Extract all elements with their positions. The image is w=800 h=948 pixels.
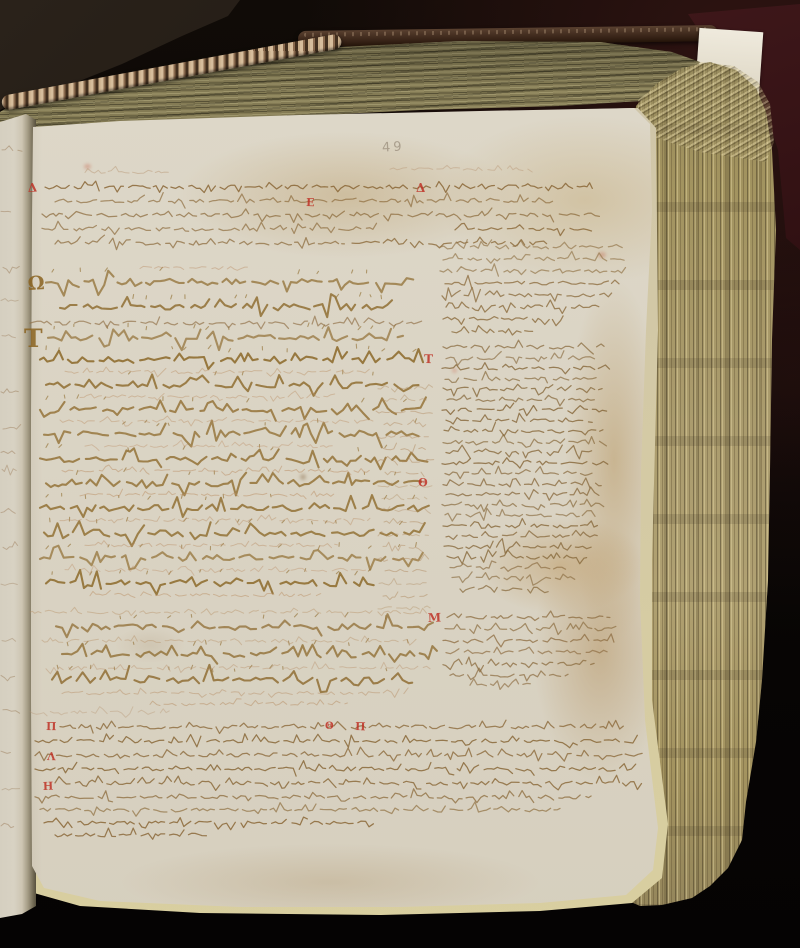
stain-spot [598, 252, 606, 258]
stain-spot [84, 164, 91, 169]
manuscript-photo: 49 ΔΕΔΤΘΜΠΘΠΛΗΩΤ [0, 0, 800, 948]
folio-number: 49 [382, 139, 405, 155]
stain-spot [452, 368, 457, 373]
stain-spot [300, 474, 306, 480]
